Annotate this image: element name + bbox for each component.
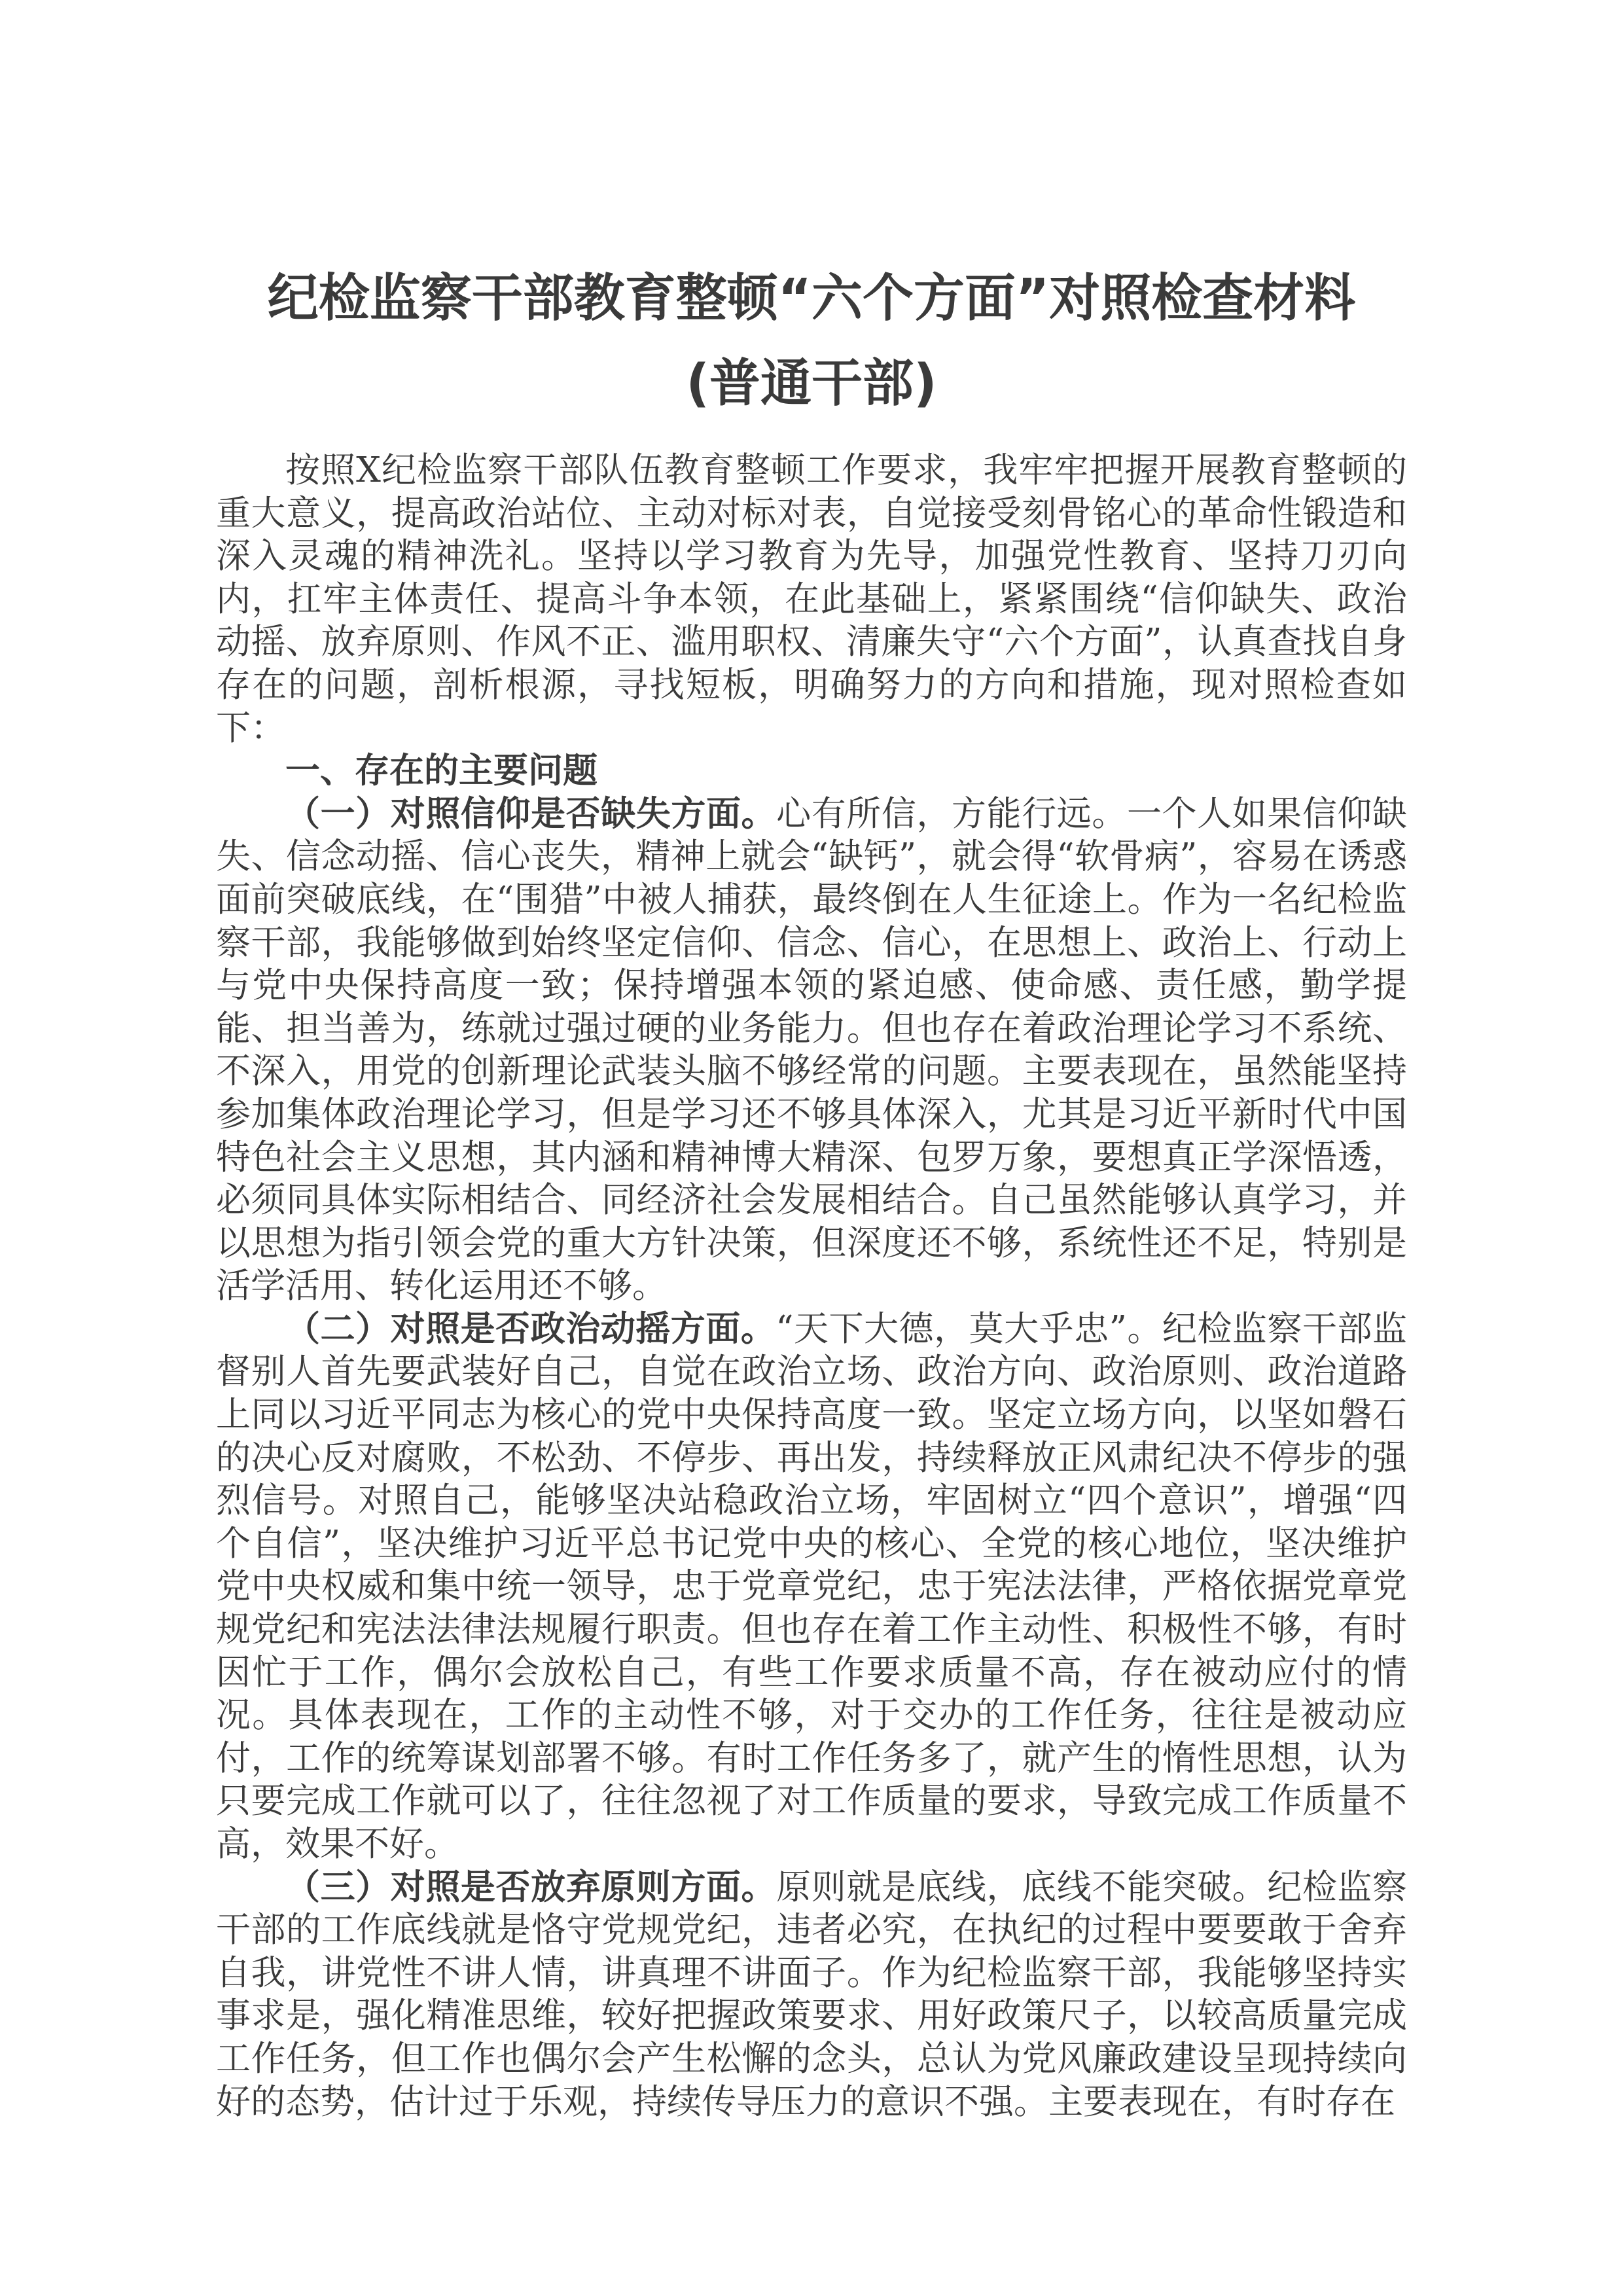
paragraph-opening: 按照X纪检监察干部队伍教育整顿工作要求，我牢牢把握开展教育整顿的重大意义，提高政…: [216, 449, 1407, 749]
document-title-line-2: (普通干部): [216, 341, 1407, 426]
aspect-3-lead: （三）对照是否放弃原则方面。: [285, 1867, 776, 1907]
aspect-2-text: “天下大德，莫大乎忠”。纪检监察干部监督别人首先要武装好自己，自觉在政治立场、政…: [216, 1309, 1407, 1864]
document-body: 按照X纪检监察干部队伍教育整顿工作要求，我牢牢把握开展教育整顿的重大意义，提高政…: [216, 449, 1407, 2123]
aspect-1-text: 心有所信，方能行远。一个人如果信仰缺失、信念动摇、信心丧失，精神上就会“缺钙”，…: [216, 794, 1407, 1306]
paragraph-opening-text: 按照X纪检监察干部队伍教育整顿工作要求，我牢牢把握开展教育整顿的重大意义，提高政…: [216, 450, 1407, 748]
paragraph-aspect-2: （二）对照是否政治动摇方面。“天下大德，莫大乎忠”。纪检监察干部监督别人首先要武…: [216, 1308, 1407, 1866]
paragraph-aspect-1: （一）对照信仰是否缺失方面。心有所信，方能行远。一个人如果信仰缺失、信念动摇、信…: [216, 793, 1407, 1308]
aspect-1-lead: （一）对照信仰是否缺失方面。: [285, 794, 776, 834]
document-title-line-1: 纪检监察干部教育整顿“六个方面”对照检查材料: [216, 256, 1407, 341]
aspect-2-lead: （二）对照是否政治动摇方面。: [285, 1309, 776, 1349]
paragraph-aspect-3: （三）对照是否放弃原则方面。原则就是底线，底线不能突破。纪检监察干部的工作底线就…: [216, 1866, 1407, 2124]
document-page: 纪检监察干部教育整顿“六个方面”对照检查材料 (普通干部) 按照X纪检监察干部队…: [0, 0, 1623, 2296]
section-heading-main-problems-text: 一、存在的主要问题: [285, 751, 597, 791]
section-heading-main-problems: 一、存在的主要问题: [216, 749, 1407, 793]
document-title: 纪检监察干部教育整顿“六个方面”对照检查材料 (普通干部): [216, 256, 1407, 426]
